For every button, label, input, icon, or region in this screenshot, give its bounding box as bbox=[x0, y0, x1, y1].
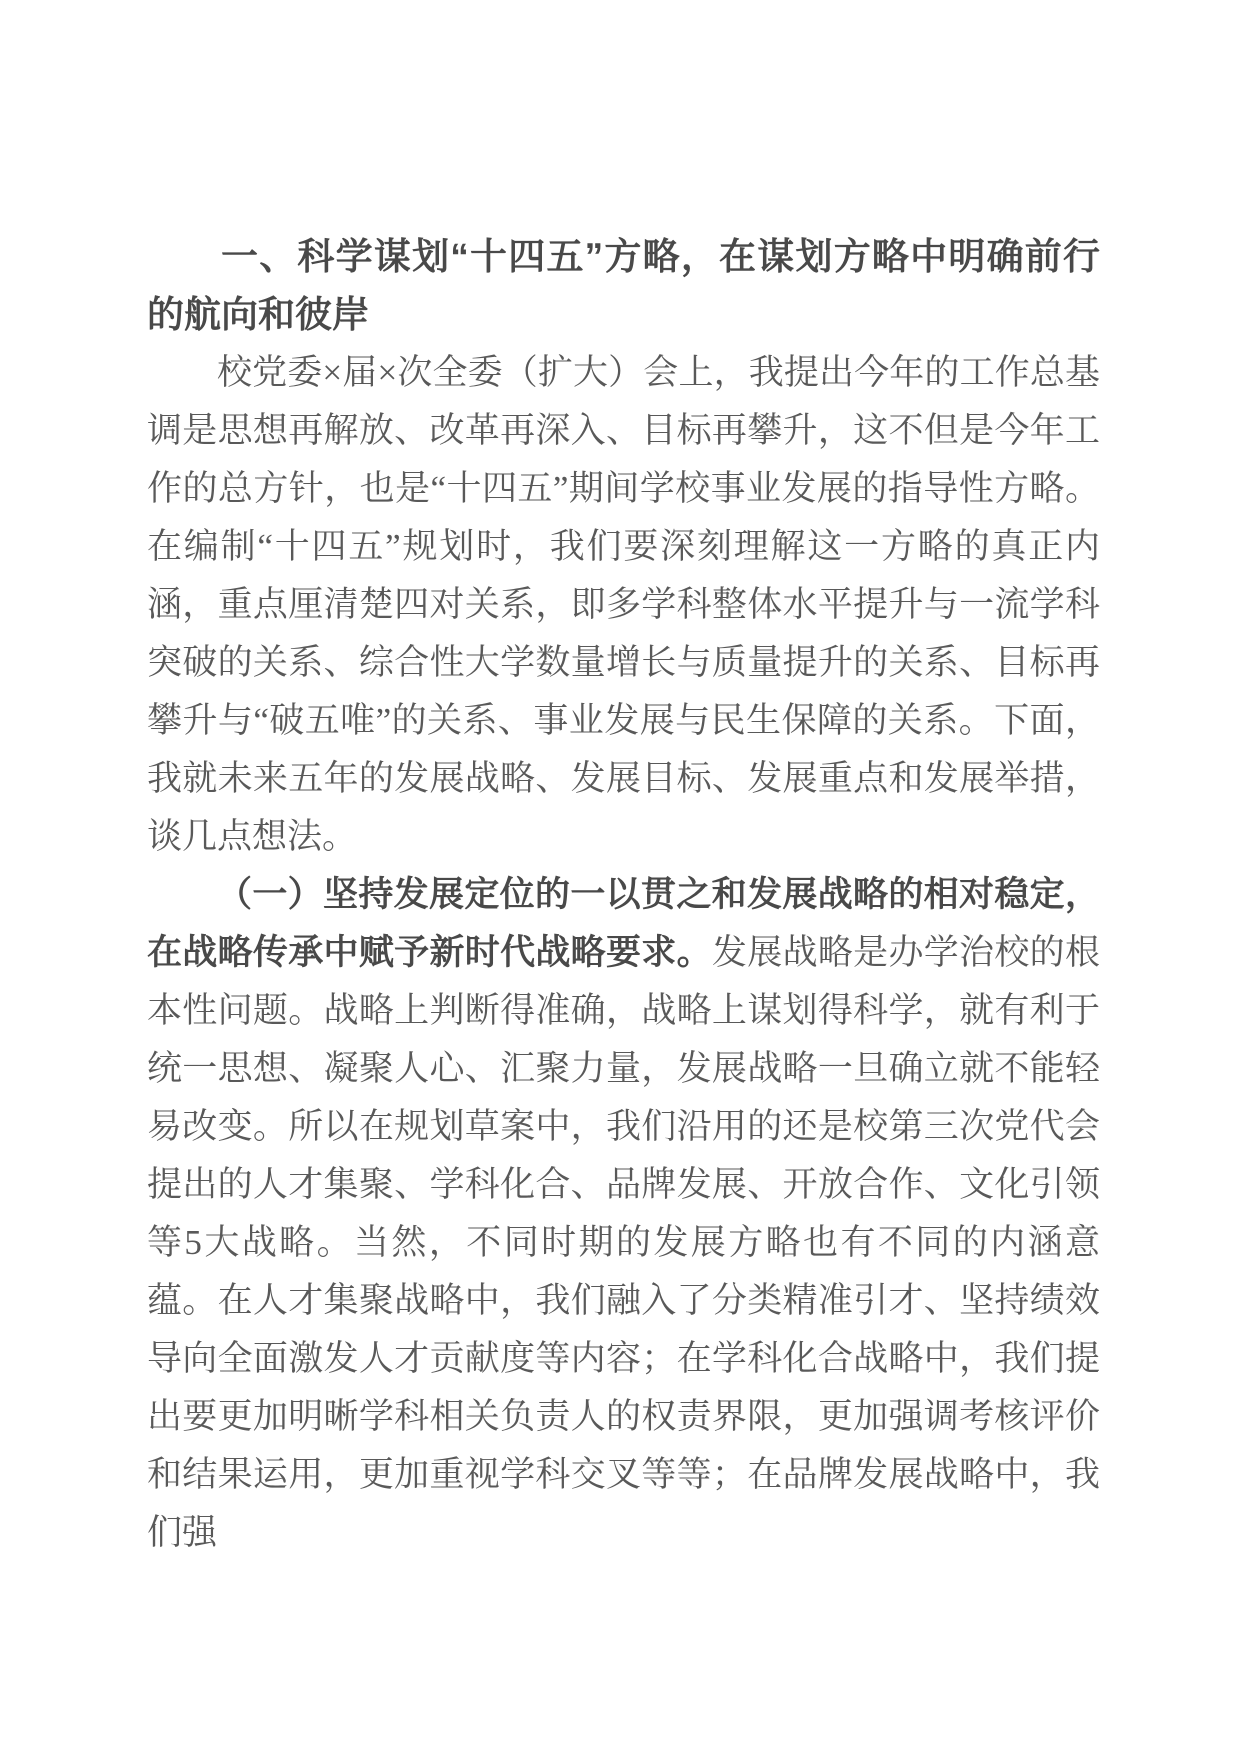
document-page: 一、科学谋划“十四五”方略，在谋划方略中明确前行的航向和彼岸 校党委×届×次全委… bbox=[0, 0, 1241, 1755]
paragraph-2-text: 发展战略是办学治校的根本性问题。战略上判断得准确，战略上谋划得科学，就有利于统一… bbox=[147, 933, 1100, 1552]
document-content: 一、科学谋划“十四五”方略，在谋划方略中明确前行的航向和彼岸 校党委×届×次全委… bbox=[147, 228, 1100, 1562]
paragraph-2: （一）坚持发展定位的一以贯之和发展战略的相对稳定，在战略传承中赋予新时代战略要求… bbox=[147, 866, 1100, 1562]
section-heading: 一、科学谋划“十四五”方略，在谋划方略中明确前行的航向和彼岸 bbox=[147, 228, 1100, 344]
paragraph-1: 校党委×届×次全委（扩大）会上，我提出今年的工作总基调是思想再解放、改革再深入、… bbox=[147, 344, 1100, 866]
